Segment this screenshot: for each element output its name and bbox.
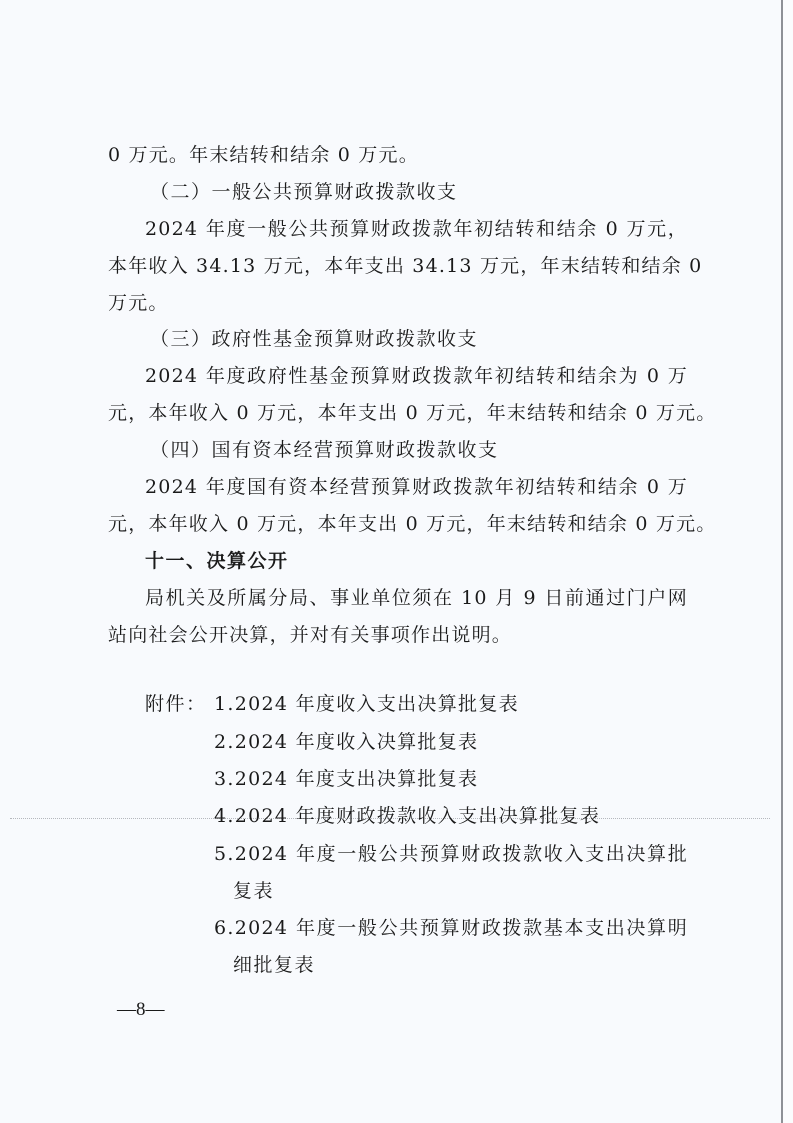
attachment-item: 5.2024 年度一般公共预算财政拨款收入支出决算批 <box>214 842 688 866</box>
attachment-item: 3.2024 年度支出决算批复表 <box>214 767 478 791</box>
paragraph-line: 元，本年收入 0 万元，本年支出 0 万元，年末结转和结余 0 万元。 <box>108 512 688 536</box>
scan-margin <box>783 0 793 1123</box>
attachments-label: 附件： <box>145 692 207 716</box>
attachment-item-continued: 复表 <box>233 879 274 903</box>
paragraph-line: 本年收入 34.13 万元，本年支出 34.13 万元，年末结转和结余 0 <box>108 254 688 278</box>
paragraph-line: 0 万元。年末结转和结余 0 万元。 <box>108 143 688 167</box>
attachment-item: 1.2024 年度收入支出决算批复表 <box>214 692 519 716</box>
paragraph-line: 站向社会公开决算，并对有关事项作出说明。 <box>108 623 688 647</box>
page-number: —8— <box>117 998 165 1022</box>
section-heading-3: （三）政府性基金预算财政拨款收支 <box>150 327 478 351</box>
attachment-item-continued: 细批复表 <box>233 953 315 977</box>
section-heading-2: （二）一般公共预算财政拨款收支 <box>150 180 458 204</box>
paragraph-line: 元，本年收入 0 万元，本年支出 0 万元，年末结转和结余 0 万元。 <box>108 401 688 425</box>
attachment-item: 4.2024 年度财政拨款收入支出决算批复表 <box>214 804 600 828</box>
paragraph-line: 2024 年度政府性基金预算财政拨款年初结转和结余为 0 万 <box>145 364 688 388</box>
paragraph-line: 万元。 <box>108 291 688 315</box>
paragraph-line: 2024 年度国有资本经营预算财政拨款年初结转和结余 0 万 <box>145 475 688 499</box>
attachment-item: 6.2024 年度一般公共预算财政拨款基本支出决算明 <box>214 916 688 940</box>
document-page: 0 万元。年末结转和结余 0 万元。 （二）一般公共预算财政拨款收支 2024 … <box>0 0 793 1123</box>
paragraph-line: 2024 年度一般公共预算财政拨款年初结转和结余 0 万元， <box>145 217 688 241</box>
section-heading-4: （四）国有资本经营预算财政拨款收支 <box>150 438 499 462</box>
attachment-item: 2.2024 年度收入决算批复表 <box>214 730 478 754</box>
paragraph-line: 局机关及所属分局、事业单位须在 10 月 9 日前通过门户网 <box>145 586 688 610</box>
section-heading-11: 十一、决算公开 <box>145 549 289 573</box>
